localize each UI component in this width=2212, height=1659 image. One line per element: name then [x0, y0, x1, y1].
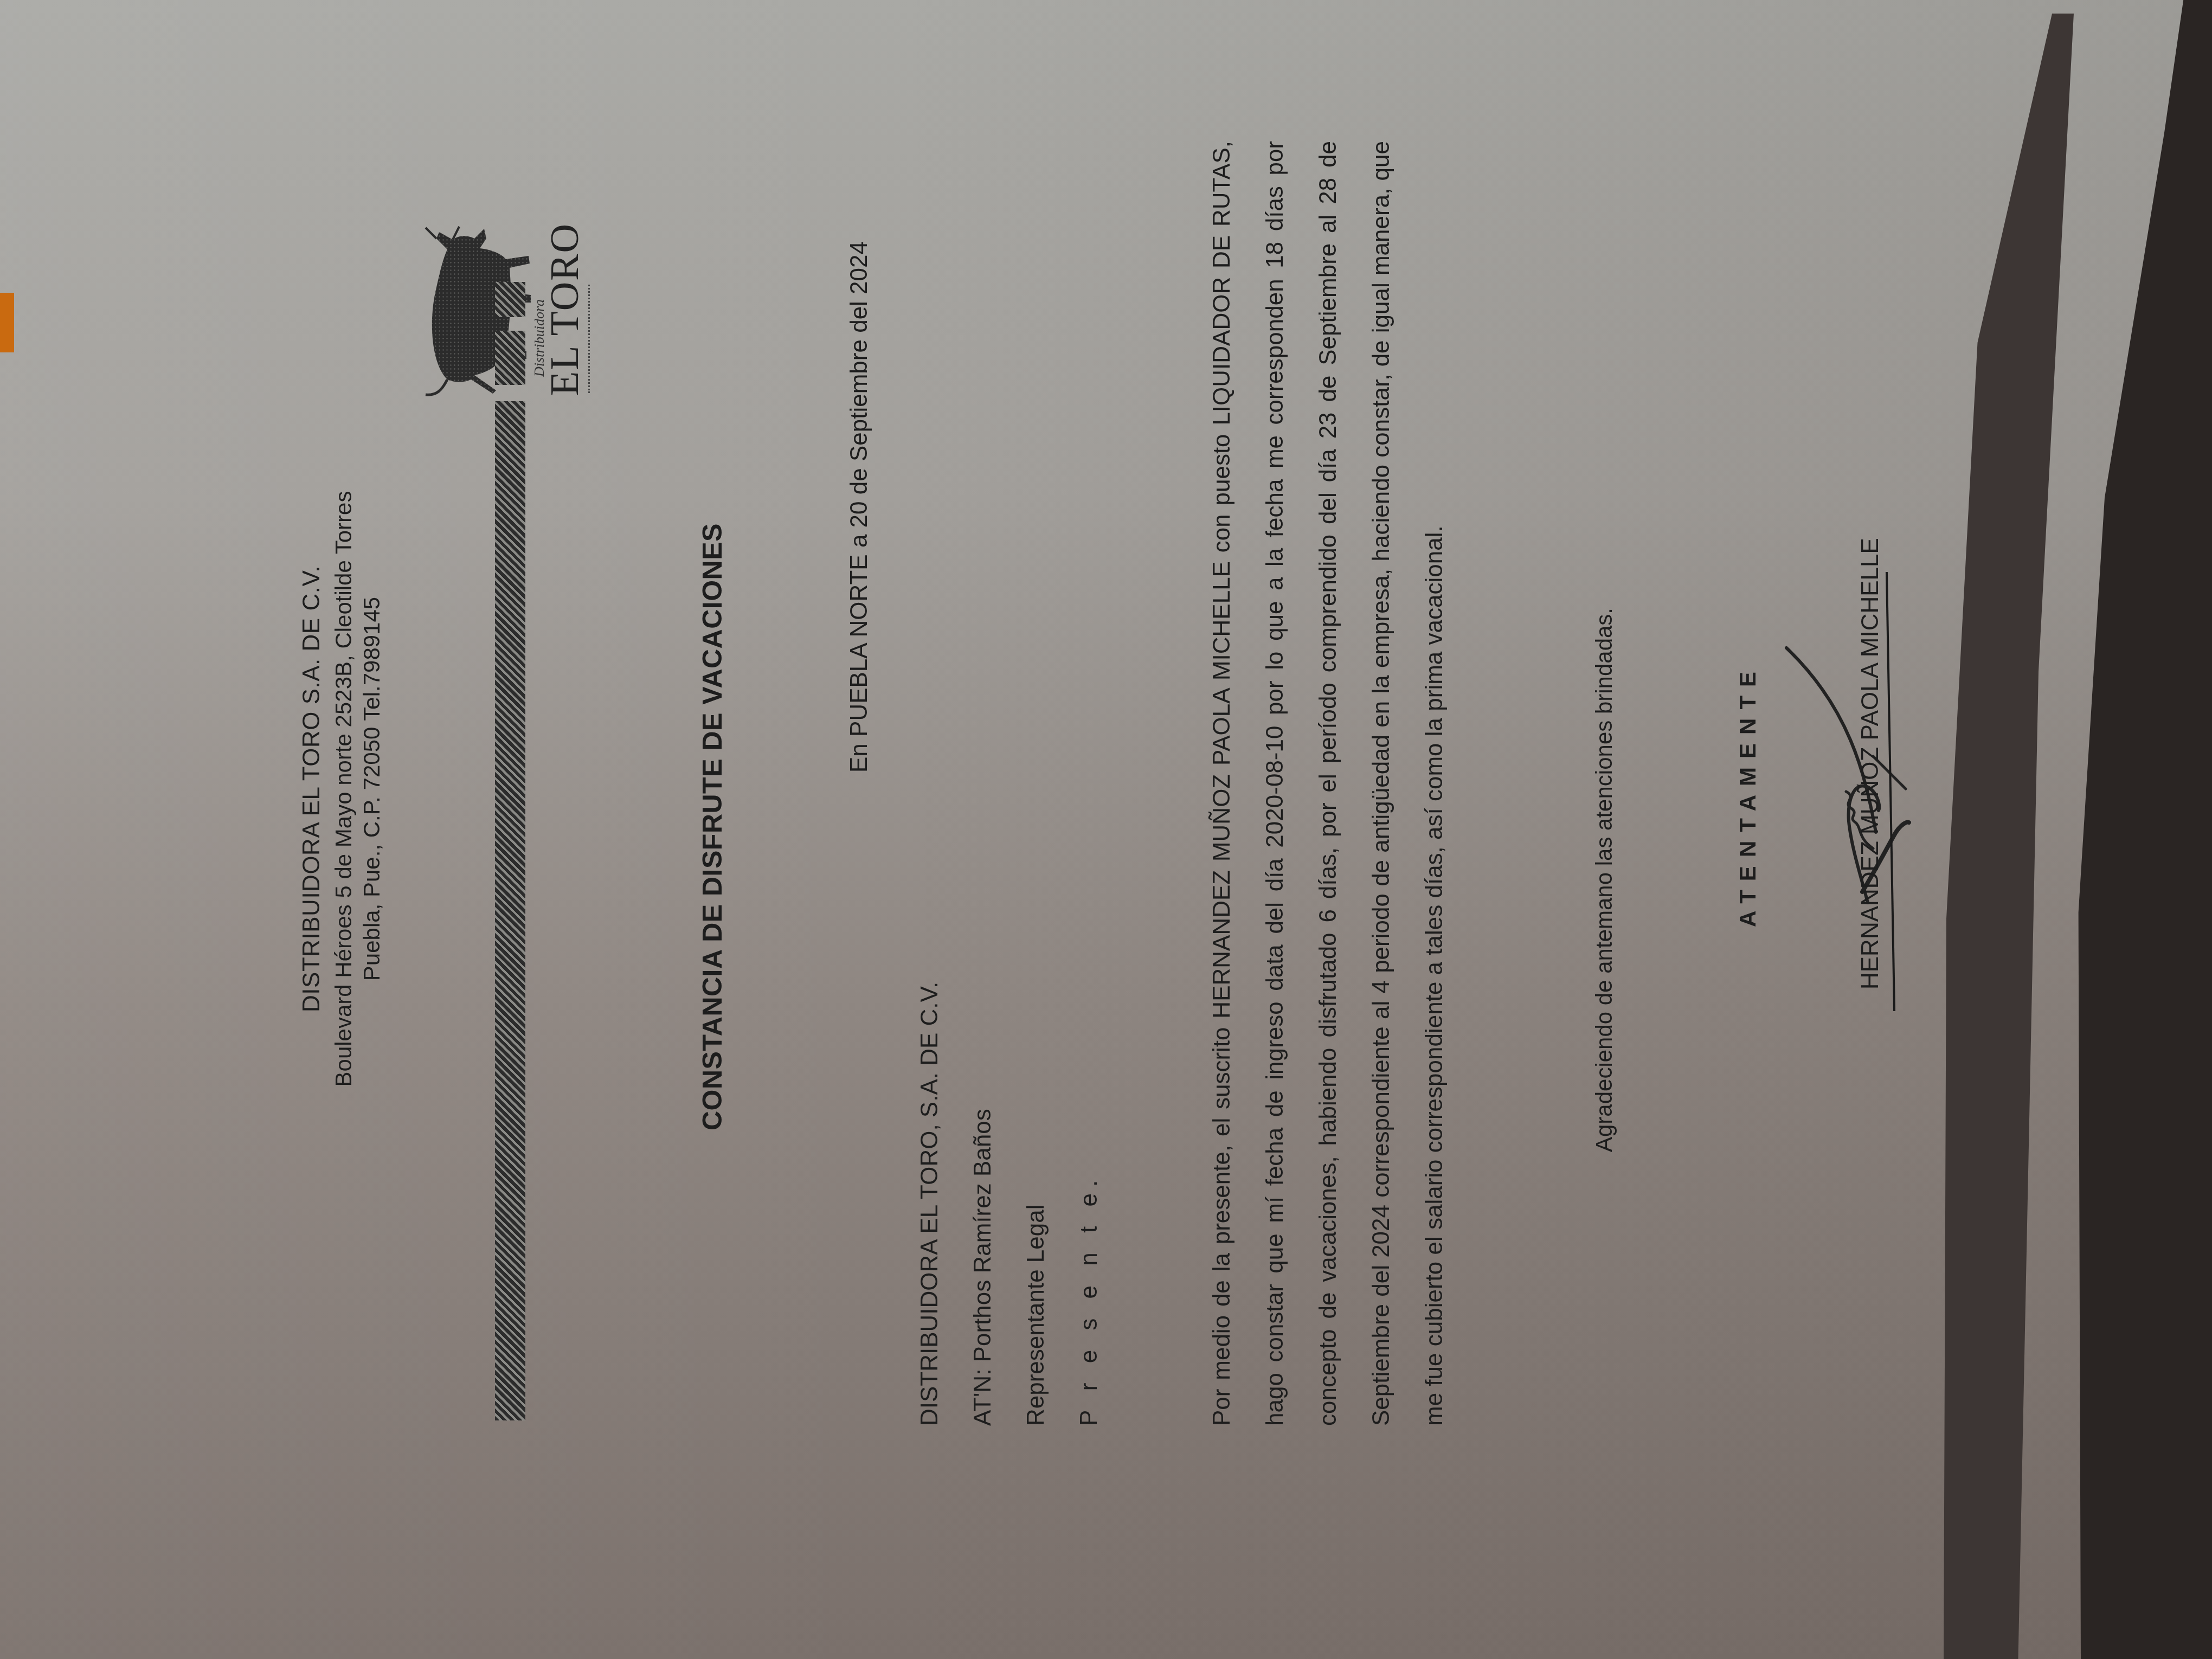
- document-title: CONSTANCIA DE DISFRUTE DE VACACIONES: [697, 371, 728, 1130]
- recipient-block: DISTRIBUIDORA EL TORO, S.A. DE C.V. AT'N…: [914, 982, 1126, 1426]
- header-bar-segment: [495, 282, 525, 317]
- signer-name: HERNANDEZ MUÑOZ PAOLA MICHELLE: [1857, 538, 1884, 989]
- header-bar-segment: [495, 331, 525, 385]
- address-line-1: Boulevard Héroes 5 de Mayo norte 2523B, …: [330, 404, 358, 1174]
- body-paragraph: Por medio de la presente, el suscrito HE…: [1195, 141, 1461, 1426]
- recipient-salutation: P r e s e n t e.: [1073, 982, 1126, 1426]
- company-header: DISTRIBUIDORA EL TORO S.A. DE C.V. Boule…: [298, 404, 386, 1174]
- company-name: DISTRIBUIDORA EL TORO S.A. DE C.V.: [298, 404, 325, 1174]
- recipient-role: Representante Legal: [1020, 982, 1073, 1426]
- recipient-attention: AT'N: Porthos Ramírez Baños: [967, 982, 1020, 1426]
- company-address: Boulevard Héroes 5 de Mayo norte 2523B, …: [330, 404, 386, 1174]
- address-line-2: Puebla, Pue., C.P. 72050 Tel.7989145: [358, 404, 386, 1174]
- recipient-company: DISTRIBUIDORA EL TORO, S.A. DE C.V.: [914, 982, 967, 1426]
- closing-line: Agradeciendo de antemano las atenciones …: [1591, 608, 1617, 1152]
- place-and-date: En PUEBLA NORTE a 20 de Septiembre del 2…: [846, 241, 873, 773]
- header-decorative-bar: [495, 282, 525, 1420]
- header-bar-segment: [495, 401, 525, 1420]
- logo-underline: [588, 285, 590, 393]
- logo-brand-main: EL TORO: [542, 223, 588, 396]
- signature-block: ATENTAMENTE HERNANDEZ MUÑOZ PAOLA MICHEL…: [1721, 426, 1927, 1076]
- orange-object-edge: [0, 293, 14, 352]
- letter-page: DISTRIBUIDORA EL TORO S.A. DE C.V. Boule…: [214, 46, 2057, 1618]
